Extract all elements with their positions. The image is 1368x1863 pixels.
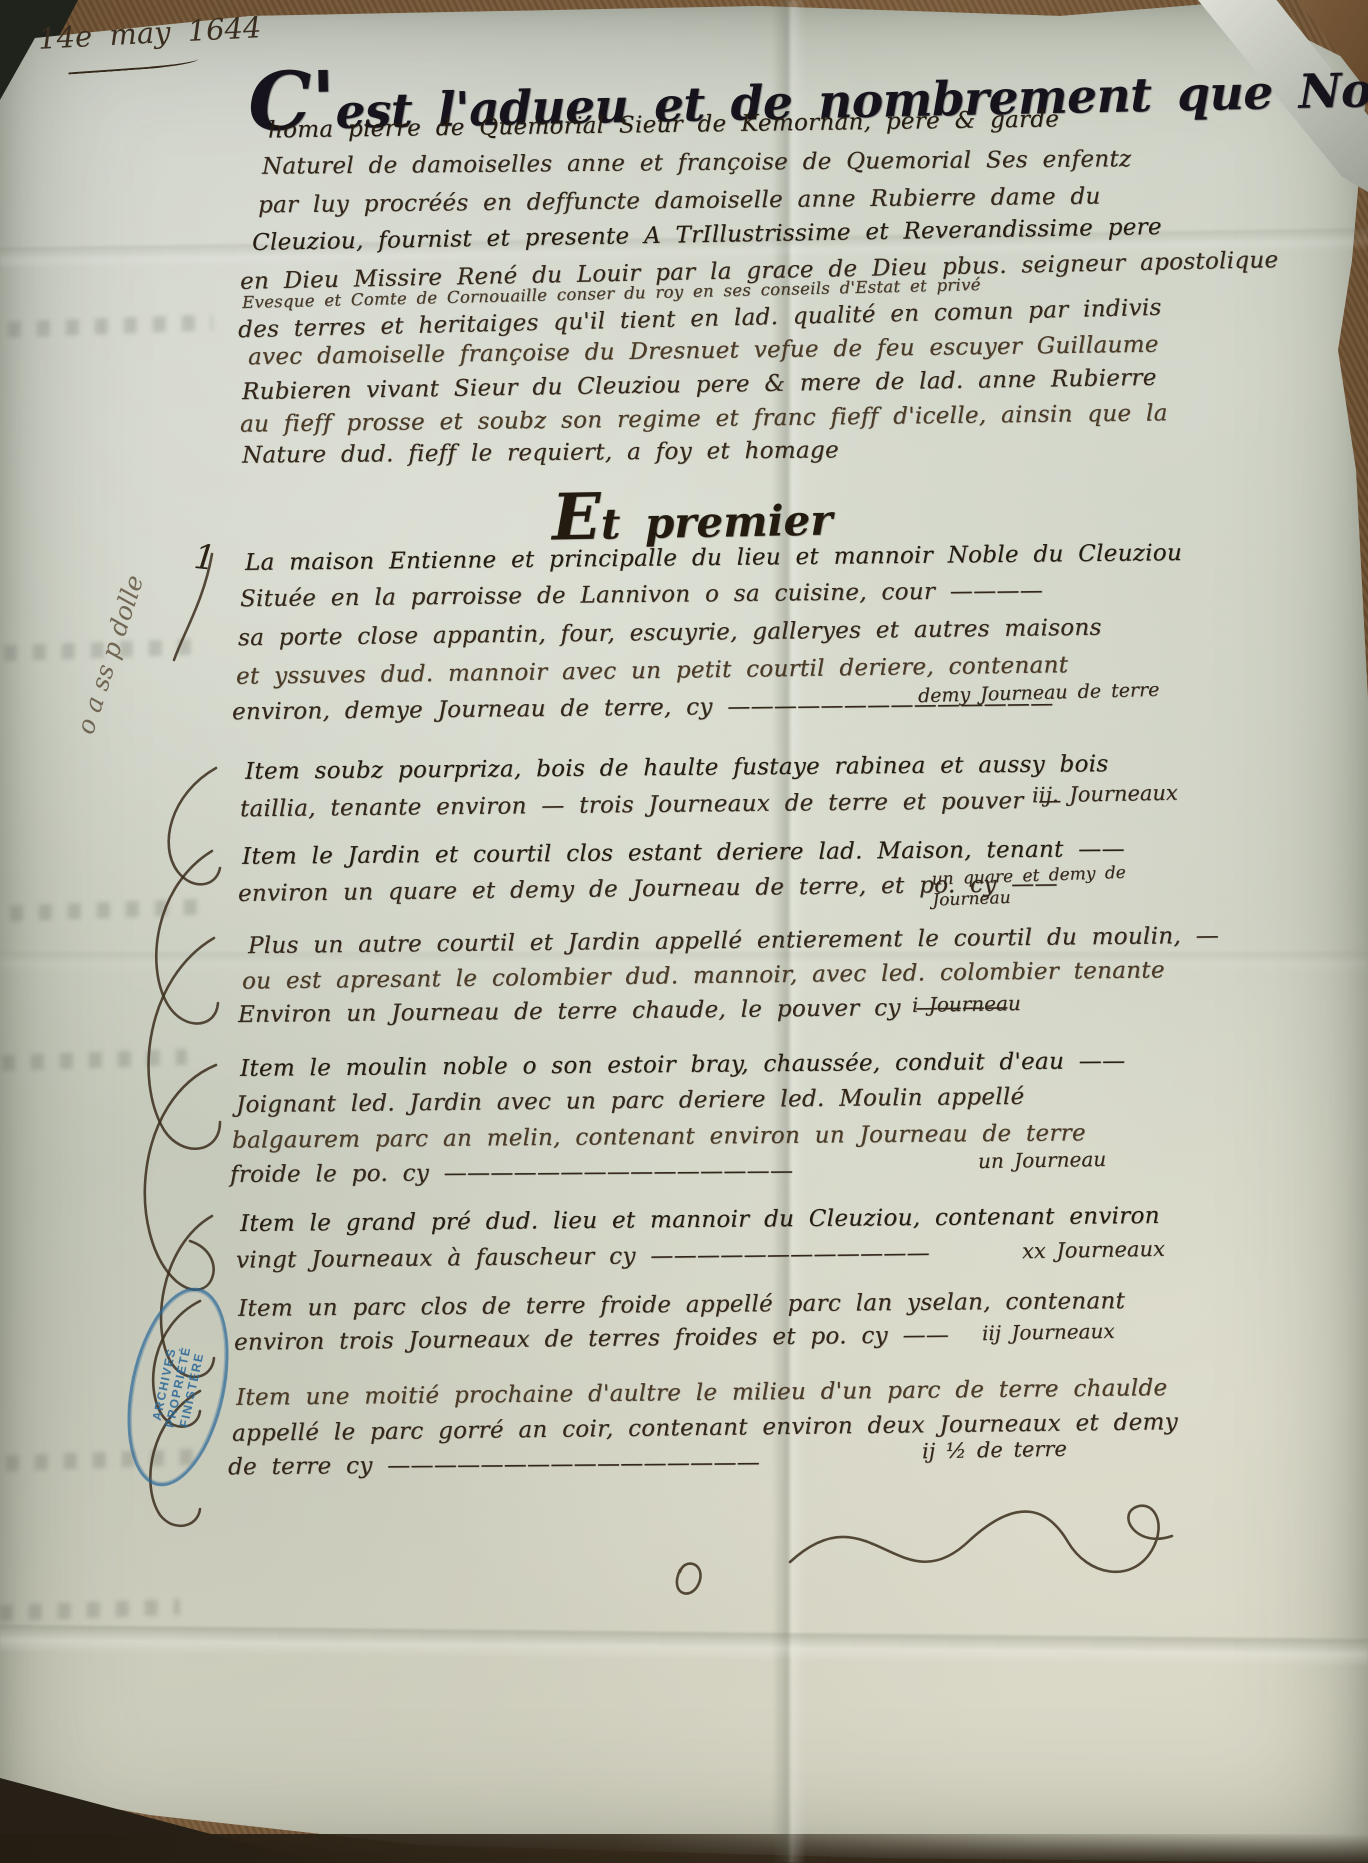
end-flourish [640,1478,1220,1618]
item-value: ij ½ de terre [922,1437,1067,1464]
item-value: iij Journeaux [982,1319,1115,1345]
item-value: iij. Journeaux [1032,781,1178,808]
manuscript-photo: 14e may 1644 C'est l'adueu et de nombrem… [0,0,1368,1863]
archive-stamp: ARCHIVES PROPRIÉTÉ FINISTÈRE [118,1282,238,1492]
item-value: xx Journeaux [1022,1237,1165,1263]
item-line: froide le po. cy ——————————————— [230,1158,793,1188]
item-value: un quare et demy de Journeau [931,862,1137,911]
item-value: un Journeau [978,1147,1107,1173]
shadow-edge-bottom [0,1834,1368,1863]
item-value: i Journeau [912,991,1021,1017]
flourish [168,548,228,668]
opening-line: Nature dud. fieff le requiert, a foy et … [242,437,839,468]
item-line: de terre cy ———————————————— [228,1450,760,1481]
archive-stamp-oval: ARCHIVES PROPRIÉTÉ FINISTÈRE [111,1278,245,1495]
